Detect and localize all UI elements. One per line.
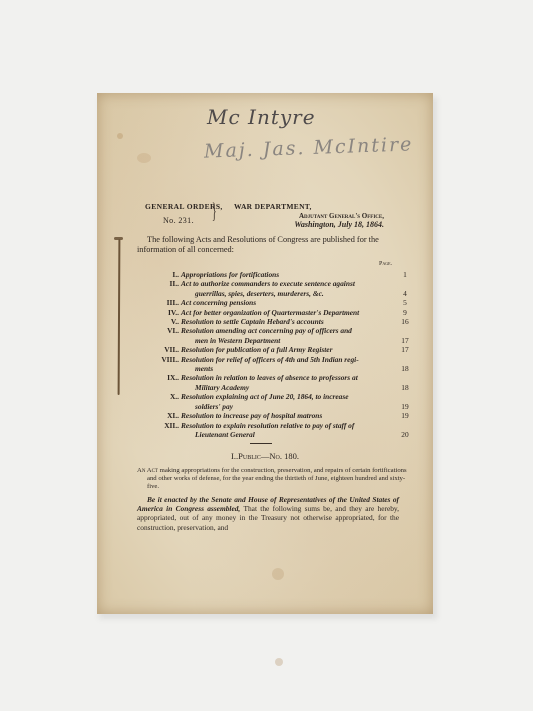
table-of-contents: I..Appropriations for fortifications1II.…: [137, 270, 412, 439]
toc-item-title: Resolution to explain resolution relativ…: [181, 421, 354, 430]
toc-item-number: X..: [137, 392, 179, 401]
toc-item: III..Act concerning pensions5: [137, 298, 412, 307]
section-heading: I..Public—No. 180.: [97, 451, 433, 461]
toc-item-number: XI..: [137, 411, 179, 420]
toc-item-page: 18: [398, 364, 412, 373]
toc-item-text: Resolution explaining act of June 20, 18…: [181, 392, 386, 411]
toc-item-number: III..: [137, 298, 179, 307]
page-column-label: Page.: [379, 261, 392, 267]
toc-item-continuation: men in Western Department: [181, 336, 386, 345]
toc-item-page: 16: [398, 317, 412, 326]
act-body: making appropriations for the constructi…: [147, 467, 407, 490]
department-block: WAR DEPARTMENT, Adjutant General's Offic…: [234, 202, 384, 229]
toc-item: V..Resolution to settle Captain Hebard's…: [137, 317, 412, 326]
toc-item-number: VII..: [137, 345, 179, 354]
toc-item-page: 4: [398, 289, 412, 298]
toc-item-text: Resolution for publication of a full Arm…: [181, 345, 386, 354]
toc-item-title: Resolution to settle Captain Hebard's ac…: [181, 317, 324, 326]
toc-item: X..Resolution explaining act of June 20,…: [137, 392, 412, 411]
stain: [117, 133, 123, 139]
toc-item: VII..Resolution for publication of a ful…: [137, 345, 412, 354]
toc-item-title: Resolution explaining act of June 20, 18…: [181, 392, 349, 401]
toc-item-continuation: ments: [181, 364, 386, 373]
toc-item-text: Resolution in relation to leaves of abse…: [181, 373, 386, 392]
toc-item-title: Resolution to increase pay of hospital m…: [181, 411, 322, 420]
handwritten-name: Mc Intyre: [207, 105, 316, 129]
place-date: Washington, July 18, 1864.: [234, 220, 384, 229]
toc-item-text: Resolution to increase pay of hospital m…: [181, 411, 386, 420]
toc-item-title: Act for better organization of Quarterma…: [181, 308, 359, 317]
act-title: An Act making appropriations for the con…: [137, 467, 409, 491]
toc-item-title: Resolution in relation to leaves of abse…: [181, 373, 358, 382]
toc-item-number: IX..: [137, 373, 179, 382]
toc-item-continuation: soldiers' pay: [181, 402, 386, 411]
toc-item-page: 1: [398, 270, 412, 279]
toc-item-number: IV..: [137, 308, 179, 317]
toc-item-title: Act concerning pensions: [181, 298, 256, 307]
intro-paragraph: The following Acts and Resolutions of Co…: [137, 235, 401, 255]
stain: [275, 658, 283, 666]
toc-item-page: 17: [398, 345, 412, 354]
toc-item-continuation: Military Academy: [181, 383, 386, 392]
toc-item-text: Act to authorize commanders to execute s…: [181, 279, 386, 298]
toc-item-continuation: Lieutenant General: [181, 430, 386, 439]
toc-item-text: Resolution amending act concerning pay o…: [181, 326, 386, 345]
stain: [272, 568, 284, 580]
toc-item-text: Resolution for relief of officers of 4th…: [181, 355, 386, 374]
toc-item-text: Appropriations for fortifications: [181, 270, 386, 279]
binding-thread: [118, 239, 121, 395]
toc-item-title: Resolution for publication of a full Arm…: [181, 345, 332, 354]
toc-item-number: II..: [137, 279, 179, 288]
toc-item: XI..Resolution to increase pay of hospit…: [137, 411, 412, 420]
brace-glyph: }: [212, 200, 217, 222]
toc-item: IX..Resolution in relation to leaves of …: [137, 373, 412, 392]
toc-item-number: XII..: [137, 421, 179, 430]
toc-item: II..Act to authorize commanders to execu…: [137, 279, 412, 298]
handwritten-signature: Maj. Jas. McIntire: [204, 133, 414, 162]
toc-item-text: Resolution to explain resolution relativ…: [181, 421, 386, 440]
toc-item-title: Resolution amending act concerning pay o…: [181, 326, 352, 335]
section-divider: [250, 443, 272, 444]
toc-item-page: 19: [398, 411, 412, 420]
toc-item-page: 20: [398, 430, 412, 439]
toc-item-title: Resolution for relief of officers of 4th…: [181, 355, 359, 364]
office-name: Adjutant General's Office,: [234, 212, 384, 220]
toc-item-page: 9: [398, 308, 412, 317]
toc-item-number: VI..: [137, 326, 179, 335]
toc-item-text: Resolution to settle Captain Hebard's ac…: [181, 317, 386, 326]
toc-item-number: V..: [137, 317, 179, 326]
toc-item: XII..Resolution to explain resolution re…: [137, 421, 412, 440]
act-lead: An Act: [137, 467, 158, 474]
department-name: WAR DEPARTMENT,: [234, 202, 312, 211]
toc-item-page: 18: [398, 383, 412, 392]
toc-item-text: Act for better organization of Quarterma…: [181, 308, 386, 317]
toc-item: IV..Act for better organization of Quart…: [137, 308, 412, 317]
toc-item-page: 5: [398, 298, 412, 307]
toc-item-number: VIII..: [137, 355, 179, 364]
toc-item-text: Act concerning pensions: [181, 298, 386, 307]
document-page: Mc Intyre Maj. Jas. McIntire GENERAL ORD…: [97, 93, 433, 614]
toc-item-title: Appropriations for fortifications: [181, 270, 279, 279]
toc-item: VIII..Resolution for relief of officers …: [137, 355, 412, 374]
toc-item: VI..Resolution amending act concerning p…: [137, 326, 412, 345]
toc-item-continuation: guerrillas, spies, deserters, murderers,…: [181, 289, 386, 298]
toc-item-page: 17: [398, 336, 412, 345]
toc-item-page: 19: [398, 402, 412, 411]
stain: [137, 153, 151, 163]
enacting-clause: Be it enacted by the Senate and House of…: [137, 495, 399, 532]
toc-item-number: I..: [137, 270, 179, 279]
toc-item-title: Act to authorize commanders to execute s…: [181, 279, 355, 288]
toc-item: I..Appropriations for fortifications1: [137, 270, 412, 279]
